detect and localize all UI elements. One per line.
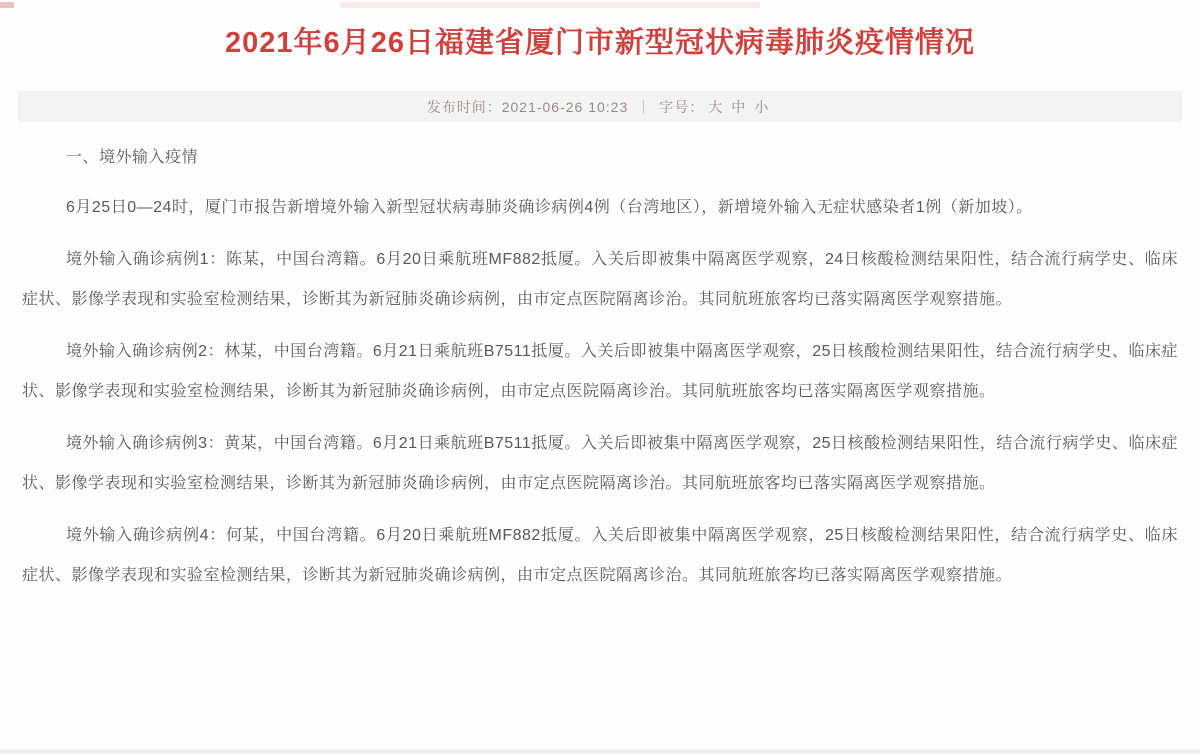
- font-size-large-button[interactable]: 大: [708, 97, 723, 117]
- webpage: 2021年6月26日福建省厦门市新型冠状病毒肺炎疫情情况 发布时间：2021-0…: [0, 0, 1200, 754]
- meta-separator: ｜: [636, 97, 651, 117]
- cropped-text-remnant: [0, 2, 1200, 8]
- paragraph-intro: 6月25日0—24时，厦门市报告新增境外输入新型冠状病毒肺炎确诊病例4例（台湾地…: [22, 188, 1178, 228]
- paragraph-case-2: 境外输入确诊病例2：林某，中国台湾籍。6月21日乘航班B7511抵厦。入关后即被…: [22, 332, 1178, 412]
- paragraph-case-4: 境外输入确诊病例4：何某，中国台湾籍。6月20日乘航班MF882抵厦。入关后即被…: [22, 516, 1178, 596]
- paragraph-case-3: 境外输入确诊病例3：黄某，中国台湾籍。6月21日乘航班B7511抵厦。入关后即被…: [22, 424, 1178, 504]
- font-size-medium-button[interactable]: 中: [731, 97, 746, 117]
- font-size-label: 字号：: [659, 97, 704, 117]
- publish-time-label: 发布时间：: [427, 97, 502, 117]
- paragraph-case-1: 境外输入确诊病例1：陈某，中国台湾籍。6月20日乘航班MF882抵厦。入关后即被…: [22, 240, 1178, 320]
- page-title: 2021年6月26日福建省厦门市新型冠状病毒肺炎疫情情况: [60, 24, 1140, 62]
- bottom-section-edge: [0, 749, 1200, 754]
- publish-meta-bar: 发布时间：2021-06-26 10:23 ｜ 字号： 大 中 小: [18, 91, 1182, 122]
- publish-time-value: 2021-06-26 10:23: [502, 99, 629, 115]
- article-body: 一、境外输入疫情 6月25日0—24时，厦门市报告新增境外输入新型冠状病毒肺炎确…: [0, 122, 1200, 596]
- font-size-small-button[interactable]: 小: [754, 97, 769, 117]
- section-heading: 一、境外输入疫情: [22, 138, 1178, 178]
